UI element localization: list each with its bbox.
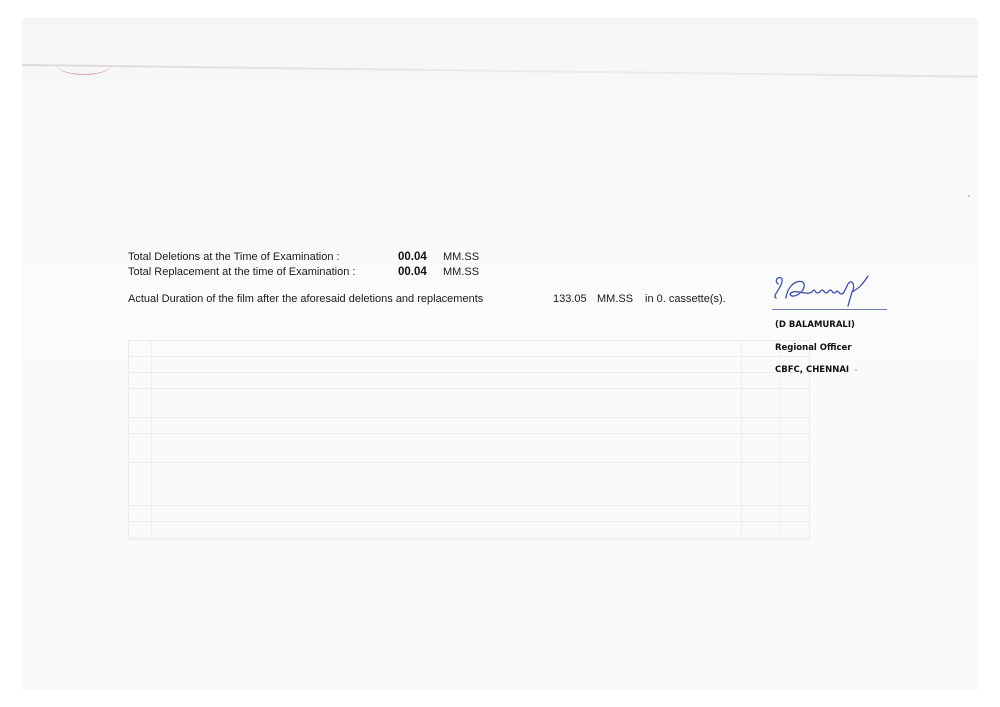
speck <box>855 369 857 371</box>
red-stamp-mark <box>56 54 112 75</box>
signature-line <box>772 309 887 310</box>
actual-duration-unit: MM.SS <box>597 293 633 305</box>
cassettes-text: in 0. cassette(s). <box>645 293 726 305</box>
total-replacement-value: 00.04 <box>398 266 427 278</box>
bleed-through-table <box>128 340 810 540</box>
speck <box>968 195 970 197</box>
total-deletions-value: 00.04 <box>398 251 427 263</box>
officer-office: CBFC, CHENNAI <box>775 365 849 375</box>
officer-name: (D BALAMURALI) <box>775 320 855 330</box>
total-replacement-unit: MM.SS <box>443 266 479 278</box>
officer-designation: Regional Officer <box>775 343 852 353</box>
signature-icon <box>768 270 888 310</box>
actual-duration-label: Actual Duration of the film after the af… <box>128 293 483 305</box>
total-deletions-unit: MM.SS <box>443 251 479 263</box>
total-replacement-label: Total Replacement at the time of Examina… <box>128 266 355 278</box>
actual-duration-value: 133.05 <box>553 293 587 305</box>
total-deletions-label: Total Deletions at the Time of Examinati… <box>128 251 340 263</box>
